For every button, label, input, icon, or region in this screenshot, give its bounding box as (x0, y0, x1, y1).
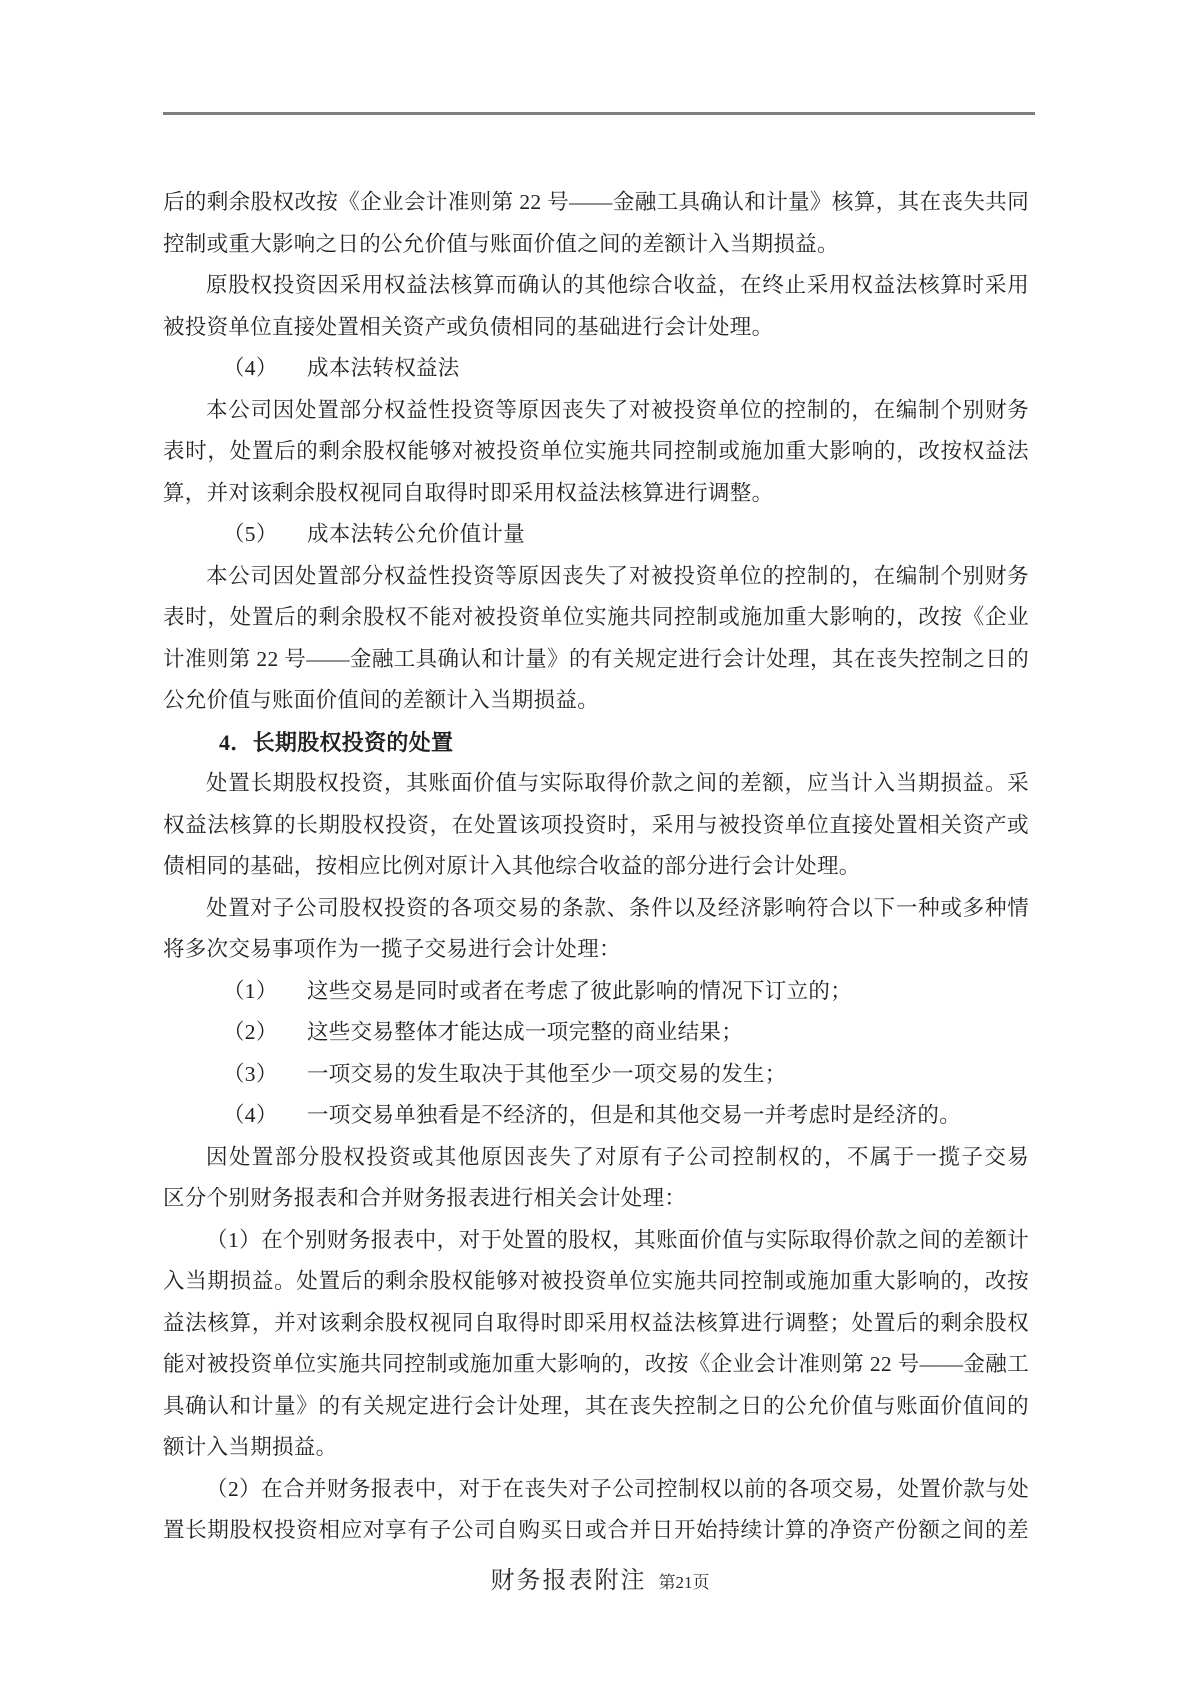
text-line: （2）在合并财务报表中，对于在丧失对子公司控制权以前的各项交易，处置价款与处 (163, 1469, 1029, 1511)
list-text: 成本法转公允价值计量 (307, 522, 525, 546)
text-line: 权益法核算的长期股权投资，在处置该项投资时，采用与被投资单位直接处置相关资产或负 (163, 805, 1029, 847)
document-page: 后的剩余股权改按《企业会计准则第 22 号——金融工具确认和计量》核算，其在丧失… (0, 0, 1200, 1699)
text-line: （5）成本法转公允价值计量 (163, 514, 1029, 556)
text-line: 控制或重大影响之日的公允价值与账面价值之间的差额计入当期损益。 (163, 224, 1029, 266)
text-line: 置长期股权投资相应对享有子公司自购买日或合并日开始持续计算的净资产份额之间的差 (163, 1510, 1029, 1552)
text-line: 处置对子公司股权投资的各项交易的条款、条件以及经济影响符合以下一种或多种情况， (163, 888, 1029, 930)
text-line: （4）成本法转权益法 (163, 348, 1029, 390)
text-line: 本公司因处置部分权益性投资等原因丧失了对被投资单位的控制的，在编制个别财务报 (163, 556, 1029, 598)
text-line: 被投资单位直接处置相关资产或负债相同的基础进行会计处理。 (163, 307, 1029, 349)
text-line: 能对被投资单位实施共同控制或施加重大影响的，改按《企业会计准则第 22 号——金… (163, 1344, 1029, 1386)
list-text: 这些交易是同时或者在考虑了彼此影响的情况下订立的； (307, 979, 852, 1003)
text-line: 表时，处置后的剩余股权不能对被投资单位实施共同控制或施加重大影响的，改按《企业会 (163, 597, 1029, 639)
page-footer: 财务报表附注第21页 (0, 1560, 1200, 1595)
text-line: 将多次交易事项作为一揽子交易进行会计处理： (163, 929, 1029, 971)
text-line: 表时，处置后的剩余股权能够对被投资单位实施共同控制或施加重大影响的，改按权益法核 (163, 431, 1029, 473)
text-line: 公允价值与账面价值间的差额计入当期损益。 (163, 680, 1029, 722)
text-line: 益法核算，并对该剩余股权视同自取得时即采用权益法核算进行调整；处置后的剩余股权不 (163, 1303, 1029, 1345)
footer-title: 财务报表附注 (491, 1568, 647, 1594)
text-line: 本公司因处置部分权益性投资等原因丧失了对被投资单位的控制的，在编制个别财务报 (163, 390, 1029, 432)
footer-page-number: 第21页 (659, 1573, 710, 1592)
text-line: 入当期损益。处置后的剩余股权能够对被投资单位实施共同控制或施加重大影响的，改按权 (163, 1261, 1029, 1303)
list-text: 成本法转权益法 (307, 356, 460, 380)
text-line: （3）一项交易的发生取决于其他至少一项交易的发生； (163, 1054, 1029, 1096)
text-line: 具确认和计量》的有关规定进行会计处理，其在丧失控制之日的公允价值与账面价值间的差 (163, 1386, 1029, 1428)
list-number: （3） (223, 1054, 307, 1096)
text-line: 处置长期股权投资，其账面价值与实际取得价款之间的差额，应当计入当期损益。采用 (163, 763, 1029, 805)
text-line: 额计入当期损益。 (163, 1427, 1029, 1469)
list-number: （4） (223, 348, 307, 390)
text-line: （1）在个别财务报表中，对于处置的股权，其账面价值与实际取得价款之间的差额计 (163, 1220, 1029, 1262)
section-heading: 4．长期股权投资的处置 (163, 722, 1029, 764)
text-line: 因处置部分股权投资或其他原因丧失了对原有子公司控制权的，不属于一揽子交易的， (163, 1137, 1029, 1179)
list-text: 一项交易的发生取决于其他至少一项交易的发生； (307, 1062, 787, 1086)
list-number: （1） (223, 971, 307, 1013)
text-line: （4）一项交易单独看是不经济的，但是和其他交易一并考虑时是经济的。 (163, 1095, 1029, 1137)
text-line: （2）这些交易整体才能达成一项完整的商业结果； (163, 1012, 1029, 1054)
text-line: 区分个别财务报表和合并财务报表进行相关会计处理： (163, 1178, 1029, 1220)
text-line: 算，并对该剩余股权视同自取得时即采用权益法核算进行调整。 (163, 473, 1029, 515)
text-line: 原股权投资因采用权益法核算而确认的其他综合收益，在终止采用权益法核算时采用与 (163, 265, 1029, 307)
text-line: 后的剩余股权改按《企业会计准则第 22 号——金融工具确认和计量》核算，其在丧失… (163, 182, 1029, 224)
list-number: （5） (223, 514, 307, 556)
text-line: 债相同的基础，按相应比例对原计入其他综合收益的部分进行会计处理。 (163, 846, 1029, 888)
body-text: 后的剩余股权改按《企业会计准则第 22 号——金融工具确认和计量》核算，其在丧失… (163, 182, 1029, 1552)
list-text: 这些交易整体才能达成一项完整的商业结果； (307, 1020, 743, 1044)
list-number: （4） (223, 1095, 307, 1137)
header-rule (163, 112, 1035, 115)
text-line: （1）这些交易是同时或者在考虑了彼此影响的情况下订立的； (163, 971, 1029, 1013)
list-text: 一项交易单独看是不经济的，但是和其他交易一并考虑时是经济的。 (307, 1103, 961, 1127)
list-number: （2） (223, 1012, 307, 1054)
text-line: 计准则第 22 号——金融工具确认和计量》的有关规定进行会计处理，其在丧失控制之… (163, 639, 1029, 681)
